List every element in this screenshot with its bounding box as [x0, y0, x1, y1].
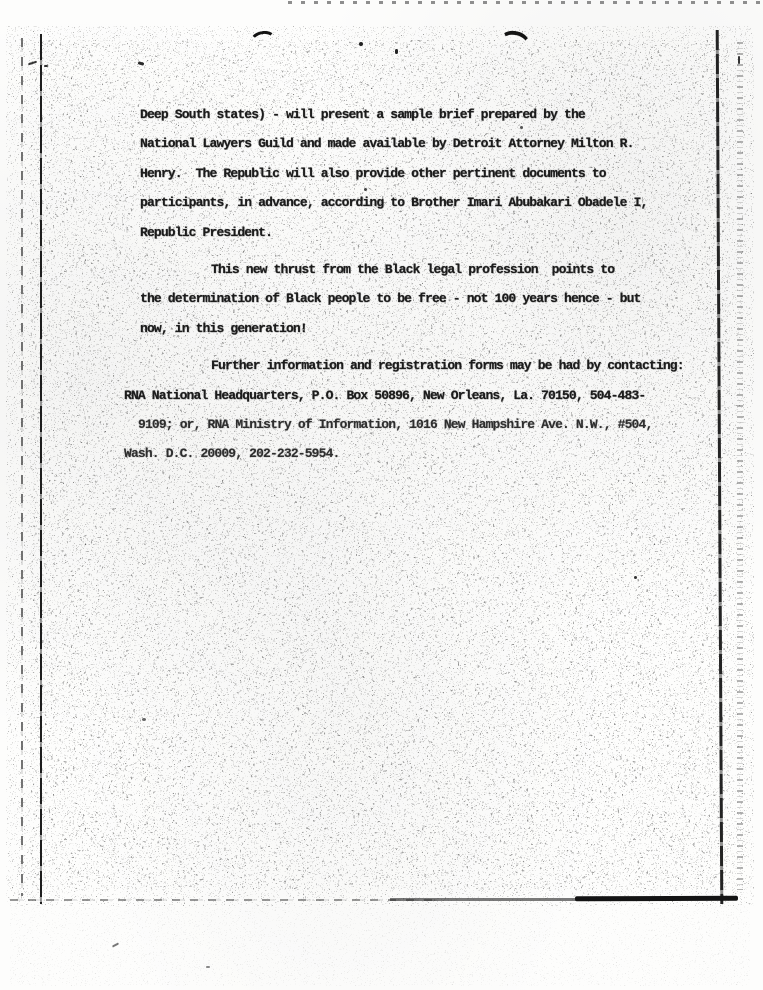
text-line: National Lawyers Guild and made availabl…	[140, 129, 700, 158]
text-line: This new thrust from the Black legal pro…	[140, 255, 700, 284]
bottom-edge-line-light	[10, 899, 440, 901]
stray-pen-mark	[44, 65, 48, 67]
text-line: now, in this generation!	[140, 314, 700, 343]
right-edge-torn-band	[737, 42, 743, 890]
text-line: the determination of Black people to be …	[140, 284, 700, 313]
text-line: Further information and registration for…	[140, 351, 700, 380]
stray-pen-mark	[28, 61, 37, 66]
staple-arc-mark-left	[249, 29, 279, 54]
left-edge-line-outer	[21, 38, 23, 896]
text-line: Wash. D.C. 20009, 202-232-5954.	[124, 439, 700, 468]
text-line: RNA National Headquarters, P.O. Box 5089…	[124, 381, 700, 410]
ink-speck	[395, 49, 398, 54]
typewritten-text: Deep South states) - will present a samp…	[140, 100, 700, 469]
text-line: Henry. The Republic will also provide ot…	[140, 159, 700, 188]
bottom-edge-line-dark	[575, 896, 738, 902]
ink-speck	[738, 56, 740, 64]
text-line: Deep South states) - will present a samp…	[140, 100, 700, 129]
stray-pen-mark	[142, 718, 146, 721]
text-line: participants, in advance, according to B…	[140, 188, 700, 217]
top-perforation-dotted-edge	[288, 1, 763, 4]
stray-pen-mark	[138, 61, 145, 66]
stray-pen-mark	[112, 942, 119, 947]
right-edge-line	[716, 30, 724, 904]
left-edge-line-inner	[40, 34, 42, 904]
bottom-edge-line-mid	[390, 898, 590, 901]
stray-pen-mark	[206, 966, 210, 968]
text-line: Republic President.	[140, 218, 700, 247]
ink-speck	[634, 576, 637, 579]
text-line: 9109; or, RNA Ministry of Information, 1…	[138, 410, 700, 439]
ink-speck	[359, 42, 363, 46]
staple-arc-mark-right	[497, 28, 532, 58]
scanned-document-page: Deep South states) - will present a samp…	[0, 0, 763, 990]
